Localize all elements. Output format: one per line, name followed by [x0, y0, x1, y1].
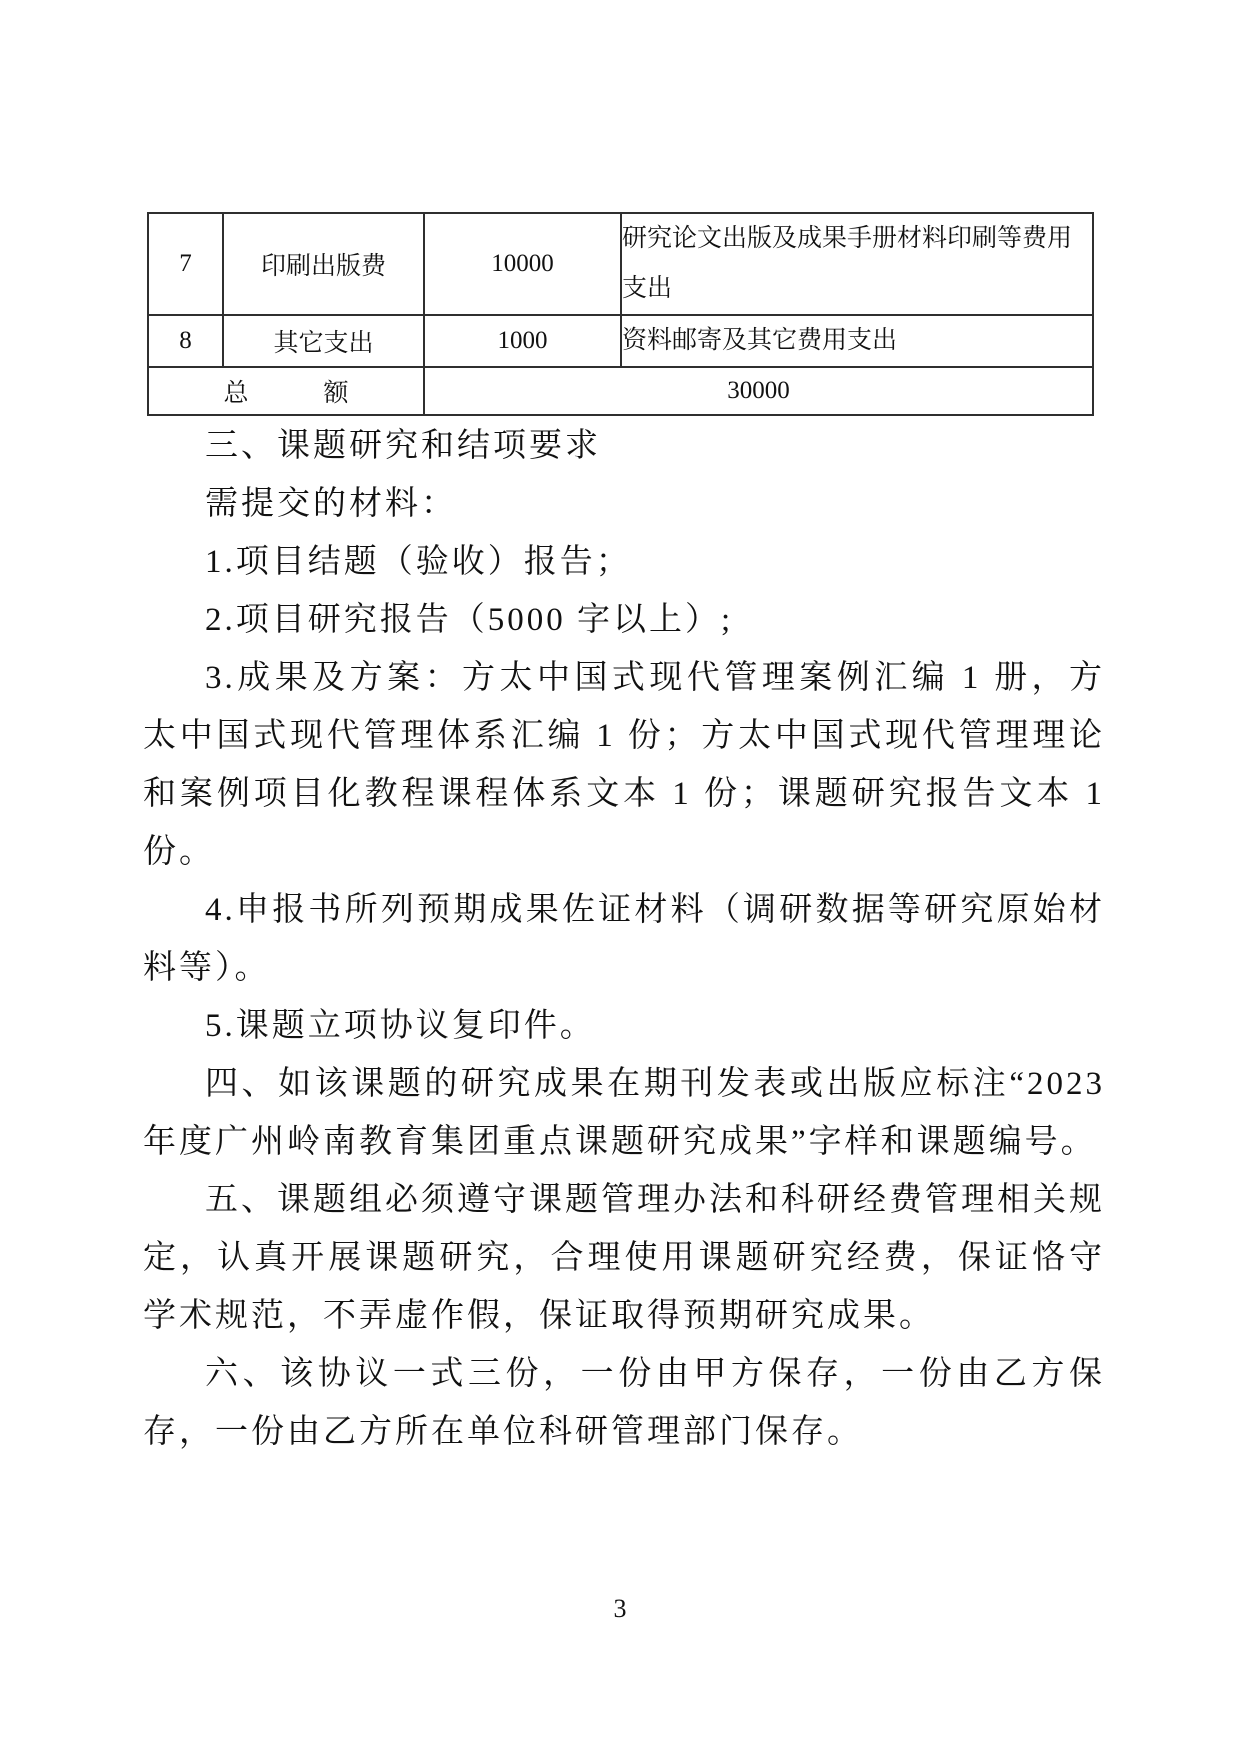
table-row: 8 其它支出 1000 资料邮寄及其它费用支出 [148, 315, 1093, 367]
row-number-cell: 8 [148, 315, 223, 367]
table-total-row: 总 额 30000 [148, 367, 1093, 415]
remark-cell: 研究论文出版及成果手册材料印刷等费用支出 [621, 213, 1093, 315]
total-label-cell: 总 额 [148, 367, 424, 415]
section-paragraph-4: 四、如该课题的研究成果在期刊发表或出版应标注“2023年度广州岭南教育集团重点课… [143, 1055, 1105, 1171]
paragraph-item-2: 2.项目研究报告（5000 字以上）; [143, 591, 1105, 649]
page-number: 3 [0, 1594, 1240, 1624]
document-page: 7 印刷出版费 10000 研究论文出版及成果手册材料印刷等费用支出 8 其它支… [0, 0, 1240, 1753]
table-row: 7 印刷出版费 10000 研究论文出版及成果手册材料印刷等费用支出 [148, 213, 1093, 315]
amount-cell: 1000 [424, 315, 621, 367]
paragraph-materials-intro: 需提交的材料： [143, 475, 1105, 533]
paragraph-item-3: 3.成果及方案：方太中国式现代管理案例汇编 1 册，方太中国式现代管理体系汇编 … [143, 649, 1105, 881]
total-amount-cell: 30000 [424, 367, 1093, 415]
remark-cell: 资料邮寄及其它费用支出 [621, 315, 1093, 367]
paragraph-item-4: 4.申报书所列预期成果佐证材料（调研数据等研究原始材料等）。 [143, 881, 1105, 997]
row-number-cell: 7 [148, 213, 223, 315]
paragraph-item-1: 1.项目结题（验收）报告； [143, 533, 1105, 591]
section-heading-requirements: 三、课题研究和结项要求 [143, 417, 1105, 475]
budget-table: 7 印刷出版费 10000 研究论文出版及成果手册材料印刷等费用支出 8 其它支… [147, 212, 1094, 416]
amount-cell: 10000 [424, 213, 621, 315]
item-cell: 印刷出版费 [223, 213, 424, 315]
section-paragraph-5: 五、课题组必须遵守课题管理办法和科研经费管理相关规定，认真开展课题研究，合理使用… [143, 1171, 1105, 1345]
section-paragraph-6: 六、该协议一式三份，一份由甲方保存，一份由乙方保存，一份由乙方所在单位科研管理部… [143, 1345, 1105, 1461]
item-cell: 其它支出 [223, 315, 424, 367]
paragraph-item-5: 5.课题立项协议复印件。 [143, 997, 1105, 1055]
document-body: 三、课题研究和结项要求 需提交的材料： 1.项目结题（验收）报告； 2.项目研究… [143, 417, 1105, 1461]
